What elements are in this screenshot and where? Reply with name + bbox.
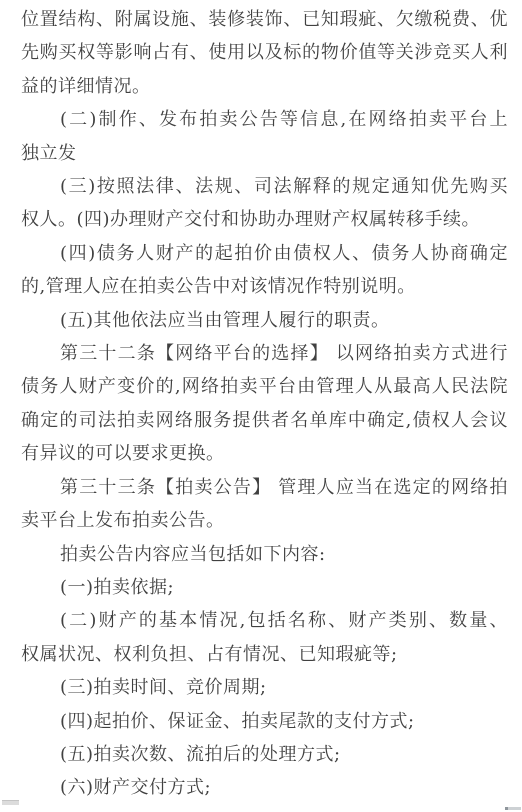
page-edge-artifact-right	[505, 807, 521, 810]
text-line-17: 拍卖公告内容应当包括如下内容:	[21, 538, 508, 571]
text-line-22: (四)起拍价、保证金、拍卖尾款的支付方式;	[21, 705, 508, 738]
text-line-16: 卖平台上发布拍卖公告。	[21, 504, 508, 537]
text-line-12: 债务人财产变价的,网络拍卖平台由管理人从最高人民法院	[21, 370, 508, 403]
text-line-3: 益的详细情况。	[21, 70, 508, 103]
text-line-15: 第三十三条【拍卖公告】 管理人应当在选定的网络拍	[21, 471, 508, 504]
text-line-13: 确定的司法拍卖网络服务提供者名单库中确定,债权人会议	[21, 404, 508, 437]
document-text-block: 位置结构、附属设施、装修装饰、已知瑕疵、欠缴税费、优 先购买权等影响占有、使用以…	[0, 0, 522, 805]
text-line-23: (五)拍卖次数、流拍后的处理方式;	[21, 738, 508, 771]
text-line-21: (三)拍卖时间、竞价周期;	[21, 671, 508, 704]
page-edge-artifact-left	[2, 800, 19, 805]
document-page: 位置结构、附属设施、装修装饰、已知瑕疵、欠缴税费、优 先购买权等影响占有、使用以…	[0, 0, 522, 812]
text-line-24: (六)财产交付方式;	[21, 771, 508, 804]
text-line-7: 权人。(四)办理财产交付和协助办理财产权属转移手续。	[21, 203, 508, 236]
text-line-10: (五)其他依法应当由管理人履行的职责。	[21, 304, 508, 337]
text-line-14: 有异议的可以要求更换。	[21, 437, 508, 470]
text-line-8: (四)债务人财产的起拍价由债权人、债务人协商确定	[21, 237, 508, 270]
page-edge-artifact-tip	[505, 807, 508, 810]
text-line-1: 位置结构、附属设施、装修装饰、已知瑕疵、欠缴税费、优	[21, 3, 508, 36]
text-line-5: 独立发	[21, 137, 508, 170]
text-line-9: 的,管理人应在拍卖公告中对该情况作特别说明。	[21, 270, 508, 303]
text-line-18: (一)拍卖依据;	[21, 571, 508, 604]
text-line-6: (三)按照法律、法规、司法解释的规定通知优先购买	[21, 170, 508, 203]
text-line-20: 权属状况、权利负担、占有情况、已知瑕疵等;	[21, 638, 508, 671]
text-line-4: (二)制作、发布拍卖公告等信息,在网络拍卖平台上	[21, 103, 508, 136]
text-line-19: (二)财产的基本情况,包括名称、财产类别、数量、	[21, 604, 508, 637]
text-line-2: 先购买权等影响占有、使用以及标的物价值等关涉竞买人利	[21, 36, 508, 69]
text-line-11: 第三十二条【网络平台的选择】 以网络拍卖方式进行	[21, 337, 508, 370]
